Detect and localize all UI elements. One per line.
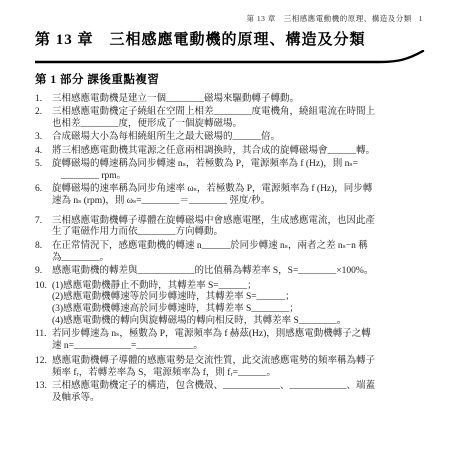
page-number: 1 [419,14,423,23]
question-item-4: 4. 將三相感應電動機其電源之任意兩相調換時，其合成的旋轉磁場會______轉。 [35,146,425,158]
item-number: 13. [35,381,52,405]
item-line: 在正常情況下，感應電動機的轉速 n______於同步轉速 nₛ，兩者之差 nₛ−… [52,241,425,253]
item-line: 三相感應電動機是建立一個________磁場來驅動轉子轉動。 [52,94,425,106]
item-number: 3. [35,132,52,144]
item-line: 三相感應電動機定子繞組在空間上相差________度電機角，繞組電流在時間上 [52,107,425,119]
question-item-12: 12. 感應電動機轉子導體的感應電勢是交流性質，此交流感應電勢的頻率稱為轉子 頻… [35,356,425,380]
item-number: 4. [35,146,52,158]
question-list: 1. 三相感應電動機是建立一個________磁場來驅動轉子轉動。 2. 三相感… [35,94,425,405]
item-line: 速為 nₛ (rpm)，則 ωₛ=________＝________ 弳度/秒。 [52,196,425,208]
running-header-text: 第 13 章 三相感應電動機的原理、構造及分類 [247,14,412,23]
item-line: (4)感應電動機的轉向與旋轉磁場的轉向相反時，其轉差率 S________。 [52,316,425,328]
item-line: 生了電磁作用力而依________方向轉動。 [52,227,425,239]
item-line: 三相感應電動機轉子導體在旋轉磁場中會感應電壓，生成感應電流，也因此產 [52,216,425,228]
item-number: 11. [35,329,52,353]
item-number: 1. [35,94,52,106]
section-title: 第 1 部分 課後重點複習 [35,73,425,87]
item-line: 感應電動機轉子導體的感應電勢是交流性質，此交流感應電勢的頻率稱為轉子 [52,356,425,368]
question-item-10: 10. (1)感應電動機靜止不動時，其轉差率 S=______； (2)感應電動… [35,281,425,328]
question-item-7: 7. 三相感應電動機轉子導體在旋轉磁場中會感應電壓，生成感應電流，也因此產 生了… [35,216,425,240]
question-item-11: 11. 若同步轉速為 nₛ，極數為 P，電源頻率為 f 赫茲(Hz)，則感應電動… [35,329,425,353]
question-item-8: 8. 在正常情況下，感應電動機的轉速 n______於同步轉速 nₛ，兩者之差 … [35,241,425,265]
item-number: 6. [35,184,52,208]
item-line: 及軸承等。 [52,393,425,405]
item-line: 也相差________度，便形成了一個旋轉磁場。 [52,119,425,131]
item-line: 速 n=____________=____________。 [52,341,425,353]
question-item-5: 5. 旋轉磁場的轉速稱為同步轉速 nₛ，若極數為 P，電源頻率為 f (Hz)，… [35,159,425,183]
question-item-2: 2. 三相感應電動機定子繞組在空間上相差________度電機角，繞組電流在時間… [35,107,425,131]
item-line: 旋轉磁場的轉速稱為同步轉速 nₛ，若極數為 P，電源頻率為 f (Hz)，則 n… [52,159,425,171]
item-line: 合成磁場大小為每相繞組所生之最大磁場的______倍。 [52,132,425,144]
question-item-13: 13. 三相感應電動機定子的構造，包含機殼、____________、_____… [35,381,425,405]
item-number: 12. [35,356,52,380]
item-line: 三相感應電動機定子的構造，包含機殼、____________、_________… [52,381,425,393]
question-item-3: 3. 合成磁場大小為每相繞組所生之最大磁場的______倍。 [35,132,425,144]
title-underline-swoosh [35,50,425,64]
item-line: (3)感應電動機轉速高於同步轉速時，其轉差率 S________； [52,304,425,316]
item-number: 2. [35,107,52,131]
item-line: 頻率 fᵣ，若轉差率為 S，電源頻率為 f，則 fᵣ=______。 [52,368,425,380]
question-item-9: 9. 感應電動機的轉差與____________的比值稱為轉差率 S，S=___… [35,266,425,278]
item-line: (2)感應電動機轉速等於同步轉速時，其轉差率 S=______； [52,292,425,304]
item-number: 7. [35,216,52,240]
question-item-6: 6. 旋轉磁場的速率稱為同步角速率 ωₛ，若極數為 P，電源頻率為 f (Hz)… [35,184,425,208]
item-line: 旋轉磁場的速率稱為同步角速率 ωₛ，若極數為 P，電源頻率為 f (Hz)，同步… [52,184,425,196]
question-item-1: 1. 三相感應電動機是建立一個________磁場來驅動轉子轉動。 [35,94,425,106]
item-line: (1)感應電動機靜止不動時，其轉差率 S=______； [52,281,425,293]
item-line: ________ rpm。 [52,171,425,183]
item-line: 為________。 [52,253,425,265]
item-line: 感應電動機的轉差與____________的比值稱為轉差率 S，S=______… [52,266,425,278]
item-number: 9. [35,266,52,278]
item-number: 8. [35,241,52,265]
item-line: 若同步轉速為 nₛ，極數為 P，電源頻率為 f 赫茲(Hz)，則感應電動機轉子之… [52,329,425,341]
running-header: 第 13 章 三相感應電動機的原理、構造及分類1 [35,14,425,24]
item-number: 10. [35,281,52,328]
document-page: 第 13 章 三相感應電動機的原理、構造及分類1 第 13 章 三相感應電動機的… [0,0,453,453]
chapter-title: 第 13 章 三相感應電動機的原理、構造及分類 [35,31,425,49]
item-line: 將三相感應電動機其電源之任意兩相調換時，其合成的旋轉磁場會______轉。 [52,146,425,158]
item-number: 5. [35,159,52,183]
